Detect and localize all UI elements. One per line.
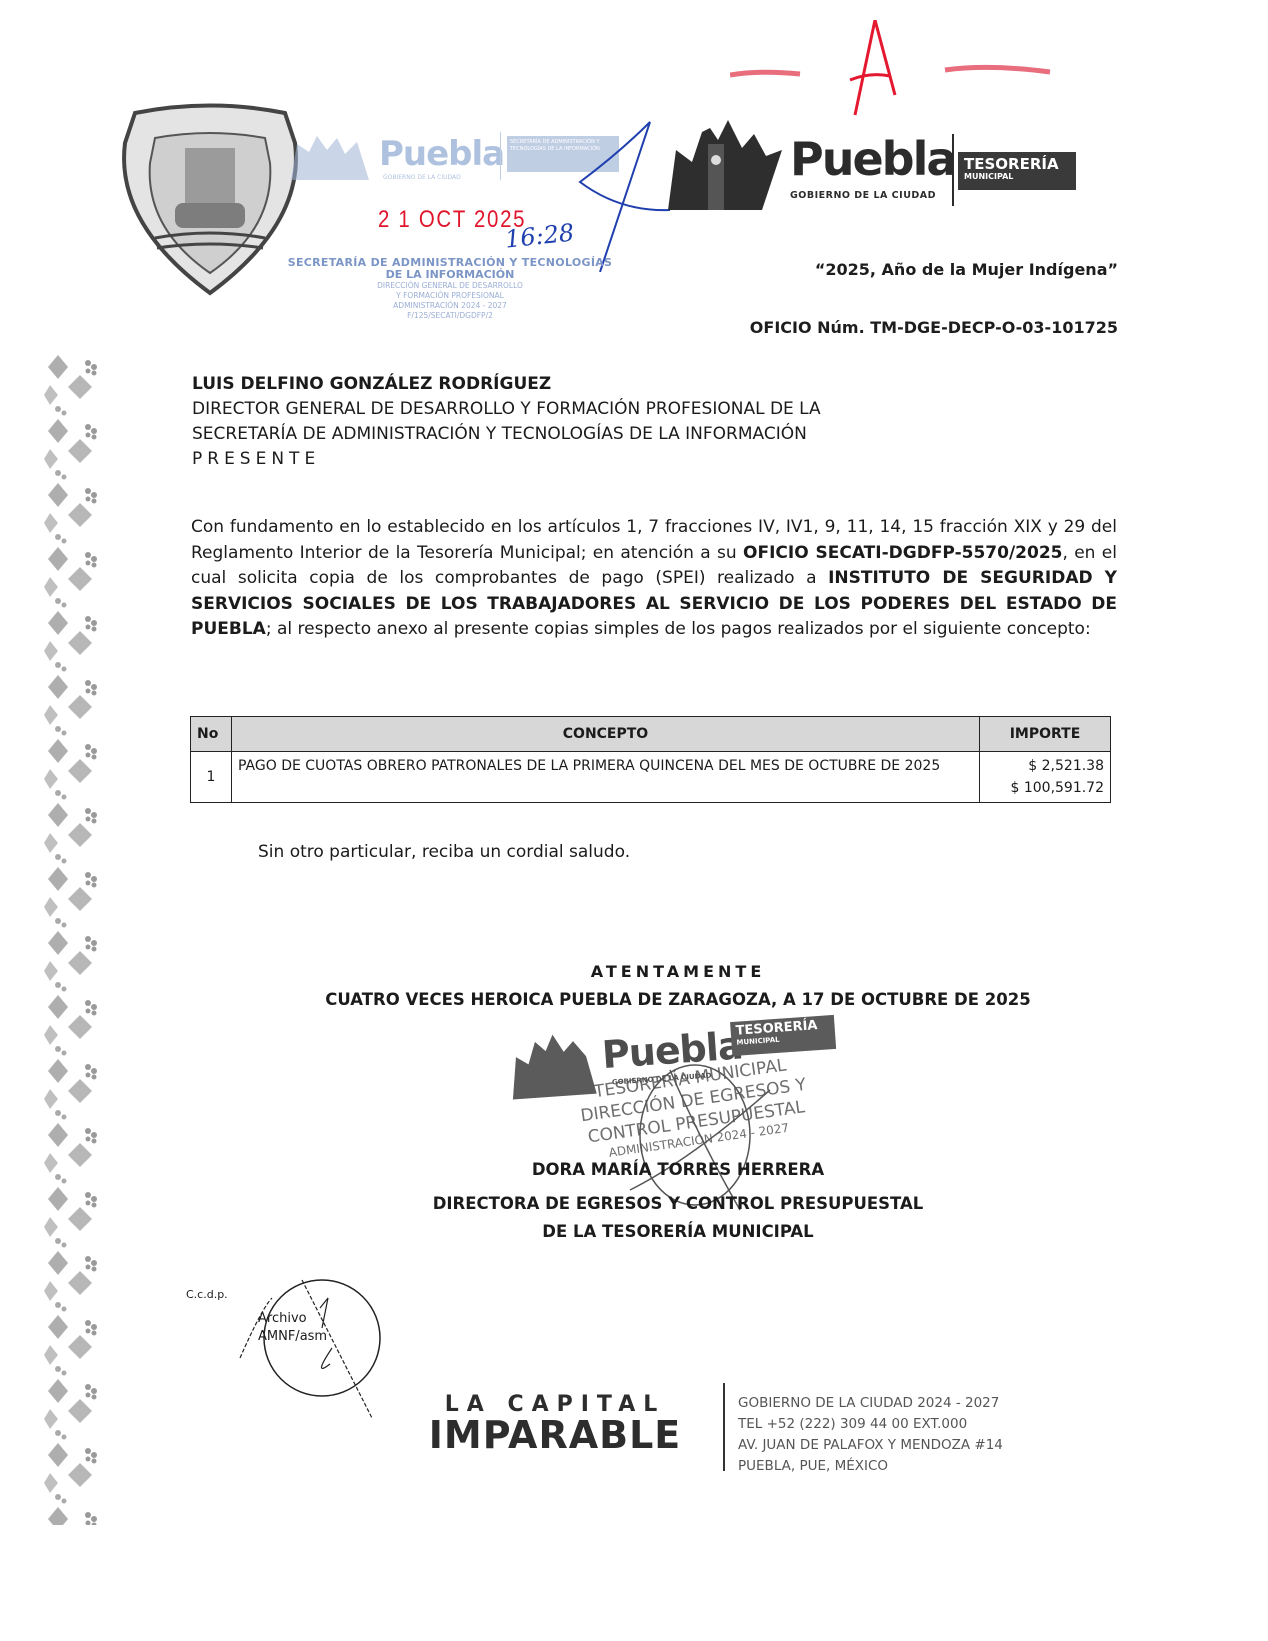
tesoreria-badge-subtitle: MUNICIPAL bbox=[964, 172, 1070, 181]
municipal-shield-seal-icon bbox=[115, 103, 305, 298]
stamp-logo-word: Puebla bbox=[379, 134, 504, 174]
place-and-date: CUATRO VECES HEROICA PUEBLA DE ZARAGOZA,… bbox=[0, 990, 1268, 1009]
importe-amount-2: $ 100,591.72 bbox=[986, 777, 1104, 799]
secati-received-stamp: SECRETARÍA DE ADMINISTRACIÓN Y TECNOLOGÍ… bbox=[280, 256, 620, 321]
table-header-row: No CONCEPTO IMPORTE bbox=[191, 717, 1111, 752]
blue-signature-scribble-icon bbox=[560, 112, 670, 272]
oficio-number: OFICIO Núm. TM-DGE-DECP-O-03-101725 bbox=[750, 318, 1118, 337]
stamp-line-3: DIRECCIÓN GENERAL DE DESARROLLO bbox=[280, 281, 620, 291]
column-header-no: No bbox=[191, 717, 232, 752]
row-importe: $ 2,521.38 $ 100,591.72 bbox=[980, 752, 1111, 803]
tesoreria-header-logo: Puebla GOBIERNO DE LA CIUDAD TESORERÍA M… bbox=[662, 112, 1082, 212]
footer-contact-info: GOBIERNO DE LA CIUDAD 2024 - 2027 TEL +5… bbox=[738, 1393, 1003, 1477]
footer-info-line-4: PUEBLA, PUE, MÉXICO bbox=[738, 1456, 1003, 1477]
recipient-block: LUIS DELFINO GONZÁLEZ RODRÍGUEZ DIRECTOR… bbox=[192, 372, 892, 472]
year-motto: “2025, Año de la Mujer Indígena” bbox=[815, 260, 1118, 279]
signer-title-line-2: DE LA TESORERÍA MUNICIPAL bbox=[0, 1218, 1268, 1246]
stamp-line-4: Y FORMACIÓN PROFESIONAL bbox=[280, 291, 620, 301]
la-capital-imparable-logo: LA CAPITAL IMPARABLE bbox=[405, 1392, 705, 1453]
table-row: 1 PAGO DE CUOTAS OBRERO PATRONALES DE LA… bbox=[191, 752, 1111, 803]
ccdp-label: C.c.d.p. bbox=[186, 1288, 228, 1301]
footer-info-line-1: GOBIERNO DE LA CIUDAD 2024 - 2027 bbox=[738, 1393, 1003, 1414]
stamp-line-5: ADMINISTRACIÓN 2024 - 2027 bbox=[280, 301, 620, 311]
presente-label: PRESENTE bbox=[192, 447, 892, 472]
importe-amount-1: $ 2,521.38 bbox=[986, 755, 1104, 777]
footer-separator bbox=[723, 1383, 725, 1471]
header-logo-separator bbox=[952, 134, 954, 206]
footer-info-line-2: TEL +52 (222) 309 44 00 EXT.000 bbox=[738, 1414, 1003, 1435]
row-number: 1 bbox=[191, 752, 232, 803]
atentamente-label: ATENTAMENTE bbox=[0, 962, 1268, 981]
initials-scribble-icon bbox=[232, 1268, 382, 1428]
recipient-name: LUIS DELFINO GONZÁLEZ RODRÍGUEZ bbox=[192, 372, 892, 397]
signer-title-line-1: DIRECTORA DE EGRESOS Y CONTROL PRESUPUES… bbox=[0, 1190, 1268, 1218]
column-header-concepto: CONCEPTO bbox=[232, 717, 980, 752]
recipient-title-line-1: DIRECTOR GENERAL DE DESARROLLO Y FORMACI… bbox=[192, 397, 892, 422]
stamp-logo-subtitle: GOBIERNO DE LA CIUDAD bbox=[383, 174, 461, 181]
footer-info-line-3: AV. JUAN DE PALAFOX Y MENDOZA #14 bbox=[738, 1435, 1003, 1456]
slogan-big: IMPARABLE bbox=[405, 1417, 705, 1453]
signer-name: DORA MARÍA TORRES HERRERA bbox=[0, 1160, 1268, 1179]
red-annotation-mark-icon bbox=[730, 20, 1100, 120]
stamp-line-2: DE LA INFORMACIÓN bbox=[280, 268, 620, 281]
body-paragraph: Con fundamento en lo establecido en los … bbox=[191, 515, 1117, 643]
closing-line: Sin otro particular, reciba un cordial s… bbox=[258, 842, 630, 862]
city-skyline-icon bbox=[287, 132, 375, 182]
stamp-line-6: F/125/SECATI/DGDFP/2 bbox=[280, 311, 620, 321]
recipient-title-line-2: SECRETARÍA DE ADMINISTRACIÓN Y TECNOLOGÍ… bbox=[192, 422, 892, 447]
column-header-importe: IMPORTE bbox=[980, 717, 1111, 752]
stamp-logo-separator bbox=[500, 132, 501, 180]
header-logo-subtitle: GOBIERNO DE LA CIUDAD bbox=[790, 190, 936, 201]
row-concepto: PAGO DE CUOTAS OBRERO PATRONALES DE LA P… bbox=[232, 752, 980, 803]
tesoreria-badge: TESORERÍA MUNICIPAL bbox=[958, 152, 1076, 190]
tesoreria-badge-title: TESORERÍA bbox=[964, 156, 1070, 172]
decorative-border-pattern-icon bbox=[44, 355, 104, 1525]
city-skyline-icon bbox=[662, 120, 787, 212]
body-text-3: ; al respecto anexo al presente copias s… bbox=[266, 619, 1091, 639]
signer-title: DIRECTORA DE EGRESOS Y CONTROL PRESUPUES… bbox=[0, 1190, 1268, 1246]
payment-concept-table: No CONCEPTO IMPORTE 1 PAGO DE CUOTAS OBR… bbox=[190, 716, 1111, 803]
header-logo-word: Puebla bbox=[790, 132, 955, 186]
body-oficio-ref: OFICIO SECATI-DGDFP-5570/2025 bbox=[743, 543, 1062, 563]
